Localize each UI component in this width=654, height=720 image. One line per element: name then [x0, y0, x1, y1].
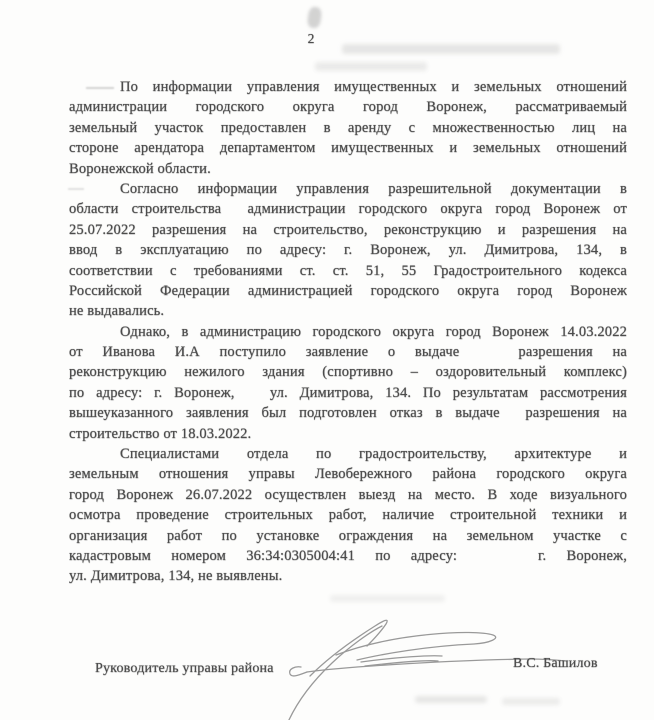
- text-line: кадастровым номером 36:34:0305004:41 по …: [69, 546, 627, 566]
- page-number: 2: [296, 31, 326, 47]
- text-line: Специалистами отдела по градостроительст…: [69, 444, 627, 464]
- scanned-document-page: 2 По информации управления имущественных…: [0, 0, 654, 720]
- text-line: администрации городского округа город Во…: [69, 97, 627, 117]
- text-line: соответствии с требованиями ст. ст. 51, …: [69, 261, 627, 281]
- text-line: По информации управления имущественных и…: [69, 77, 627, 97]
- text-line: организация работ по установке ограждени…: [69, 526, 627, 546]
- text-line: не выдавались.: [69, 301, 627, 321]
- paragraph: Однако, в администрацию городского округ…: [69, 322, 627, 444]
- paragraph: Специалистами отдела по градостроительст…: [69, 444, 627, 587]
- text-line: земельный участок предоставлен в аренду …: [69, 118, 627, 138]
- text-line: земельным отношения управы Левобережного…: [69, 464, 627, 484]
- text-line: 25.07.2022 разрешения на строительство, …: [69, 220, 627, 240]
- text-line: Российской Федерации администрацией горо…: [69, 281, 627, 301]
- text-line: реконструкцию нежилого здания (спортивно…: [69, 362, 627, 382]
- text-line: вышеуказанного заявления был подготовлен…: [69, 403, 627, 423]
- text-line: город Воронеж 26.07.2022 осуществлен вые…: [69, 485, 627, 505]
- text-line: строительство от 18.03.2022.: [69, 424, 627, 444]
- text-line: Однако, в администрацию городского округ…: [69, 322, 627, 342]
- document-body: По информации управления имущественных и…: [69, 77, 627, 587]
- scan-smudge: [307, 6, 323, 29]
- paragraph: По информации управления имущественных и…: [69, 77, 627, 179]
- text-line: Воронежской области.: [69, 159, 627, 179]
- text-line: по адресу: г. Воронеж, ул. Димитрова, 13…: [69, 383, 627, 403]
- text-line: от Иванова И.А поступило заявление о выд…: [69, 342, 627, 362]
- text-line: осмотра проведение строительных работ, н…: [69, 505, 627, 525]
- text-line: Согласно информации управления разрешите…: [69, 179, 627, 199]
- text-line: области строительства администрации горо…: [69, 199, 627, 219]
- signature-role-label: Руководитель управы района: [95, 661, 274, 677]
- bleed-through-text: [315, 62, 427, 71]
- text-line: стороне арендатора департаментом имущест…: [69, 138, 627, 158]
- text-line: ул. Димитрова, 134, не выявлены.: [69, 566, 627, 586]
- signature-name: В.С. Башилов: [513, 656, 598, 672]
- text-line: ввод в эксплуатацию по адресу: г. Вороне…: [69, 240, 627, 260]
- bleed-through-text: [342, 44, 560, 54]
- paragraph: Согласно информации управления разрешите…: [69, 179, 627, 322]
